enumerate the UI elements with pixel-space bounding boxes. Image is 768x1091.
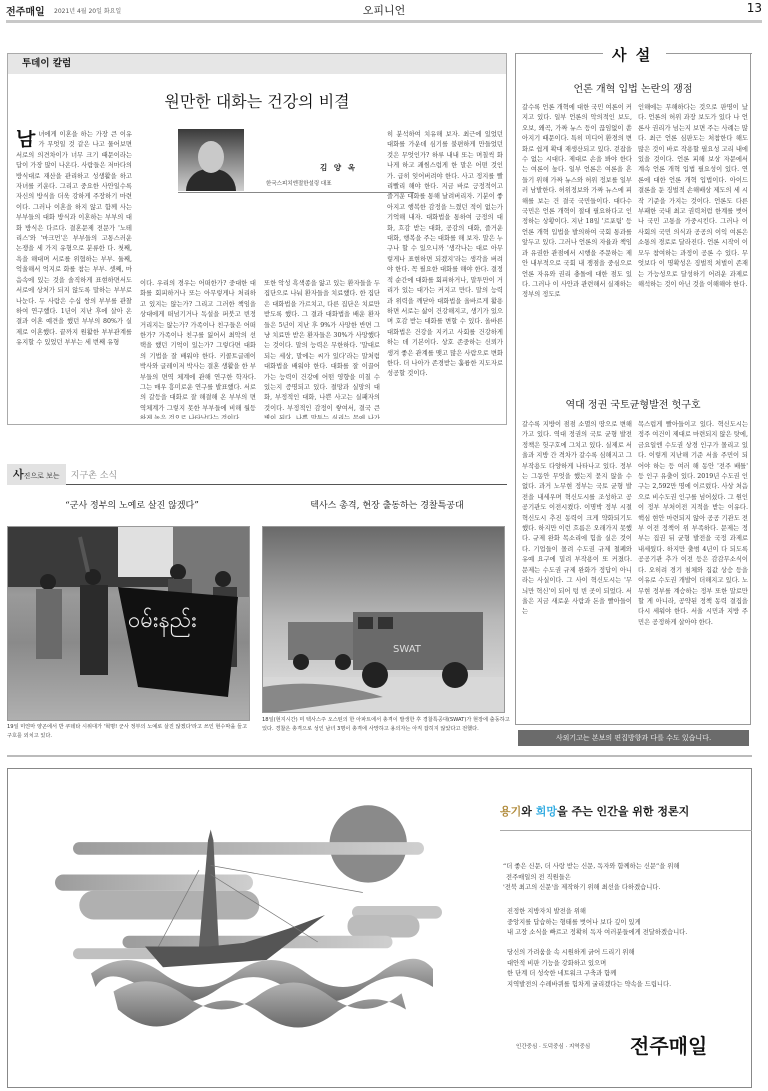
editorial-1-col-1: 갈수록 언론 개혁에 대한 국민 여론이 커지고 있다. 일부 언론의 악의적인…: [522, 103, 632, 383]
masthead-rule: [6, 20, 762, 23]
photo-1-title: “군사 정부의 노예로 살진 않겠다”: [7, 498, 257, 511]
editorial-1-col-2: 인해에는 무해하다는 것으로 판명이 났다. 언론의 허위 과장 보도가 있다 …: [638, 103, 748, 383]
promo-paragraph-2: 진정한 지방자치 발전을 위해 중앙지를 답습하는 형태를 벗어나 보다 깊이 …: [507, 907, 687, 939]
photo-myanmar-protest: ဝမ်းနည်း: [7, 526, 250, 721]
column-text-2: 이다. 우리의 경우는 어떠한가? 중대한 대화를 회피하거나 또는 아무렇게나…: [140, 279, 256, 419]
editorial-title-2: 역대 정권 국토균형발전 헛구호: [515, 396, 751, 411]
promo-paragraph-3: 당신의 가려움을 속 시원하게 긁어 드리기 위해 대안적 비판 기능을 강화하…: [507, 948, 671, 990]
editorial-2-col-2: 목스럽게 빨아들이고 있다. 혁신도시는 정주 여건이 제대로 마련되지 않은 …: [638, 420, 748, 720]
promo-slogan: 용기와 희망을 주는 인간을 위한 정론지: [500, 803, 689, 819]
photo-2-caption: 18일(현지시간) 미 텍사스주 오스틴의 한 아파트에서 총격이 발생한 후 …: [262, 716, 510, 734]
column-text-4: 히 분석하여 치유해 보자. 최근에 있었던 대화를 가운데 심기를 불편하게 …: [387, 130, 503, 420]
author-affiliation: 한국스피치엔절한설링 대표: [266, 179, 332, 187]
photo-1-caption: 19일 미얀마 양곤에서 반 쿠데타 시위대가 '혁명! 군사 정부의 노예로 …: [7, 723, 252, 741]
column-text-3: 또한 악성 흑색종을 앓고 있는 환자들을 두 집단으로 나눠 환자들을 치료했…: [264, 279, 380, 419]
swat-illustration: SWAT: [263, 527, 505, 713]
today-column-label: 투데이 칼럼: [8, 54, 506, 74]
today-column-box: 투데이 칼럼 원만한 대화는 건강의 비결 김 양 옥 한국스피치엔절한설링 대…: [7, 53, 507, 425]
promo-logo: 전주매일: [630, 1030, 707, 1059]
ship-illustration: [28, 779, 478, 1069]
promo-paragraph-1: “더 좋은 신문, 더 사랑 받는 신문, 독자와 함께하는 신문”을 위해 전…: [503, 862, 680, 894]
svg-text:ဝမ်းနည်း: ဝမ်းနည်း: [128, 607, 197, 637]
photo-swat-vehicle: SWAT: [262, 526, 505, 713]
section-divider: [7, 755, 752, 757]
photo-news-label-big: 사: [13, 468, 24, 481]
author-name: 김 양 옥: [320, 162, 357, 173]
editorial-2-col-1: 갈수록 지방이 점점 소멸의 땅으로 변해가고 있다. 역대 정권의 국토 균형…: [522, 420, 632, 720]
promo-motto: 인간중심 · 도덕중심 · 지역중심: [516, 1042, 590, 1050]
author-rule: [178, 192, 414, 193]
protest-illustration: ဝမ်းနည်း: [8, 527, 250, 721]
page-number: 13: [747, 1, 762, 15]
svg-text:SWAT: SWAT: [393, 644, 422, 655]
dropcap: 남: [16, 130, 35, 147]
section-title: 오피니언: [6, 2, 762, 18]
photo-news-header: 사진으로 보는 지구촌 소식: [7, 463, 507, 485]
photo-news-label-light: 지구촌 소식: [71, 471, 117, 481]
photo-2-title: 텍사스 총격, 현장 출동하는 경찰특공대: [262, 498, 512, 511]
author-photo: [178, 129, 244, 191]
column-text-1: 남녀에게 이혼을 하는 가장 큰 이유가 무엇일 것 같은 나고 물어보면 서로…: [16, 130, 132, 420]
masthead: 전주매일 2021년 4월 20일 화요일 오피니언 13: [6, 0, 762, 22]
photo-news-label-small: 진으로 보는: [24, 472, 60, 480]
editorial-disclaimer: 사외기고는 본보의 편집방향과 다를 수도 있습니다.: [518, 730, 749, 746]
promo-rule: [500, 830, 752, 831]
today-column-title: 원만한 대화는 건강의 비결: [8, 89, 506, 112]
editorial-title-1: 언론 개혁 입법 논란의 쟁점: [515, 80, 751, 95]
